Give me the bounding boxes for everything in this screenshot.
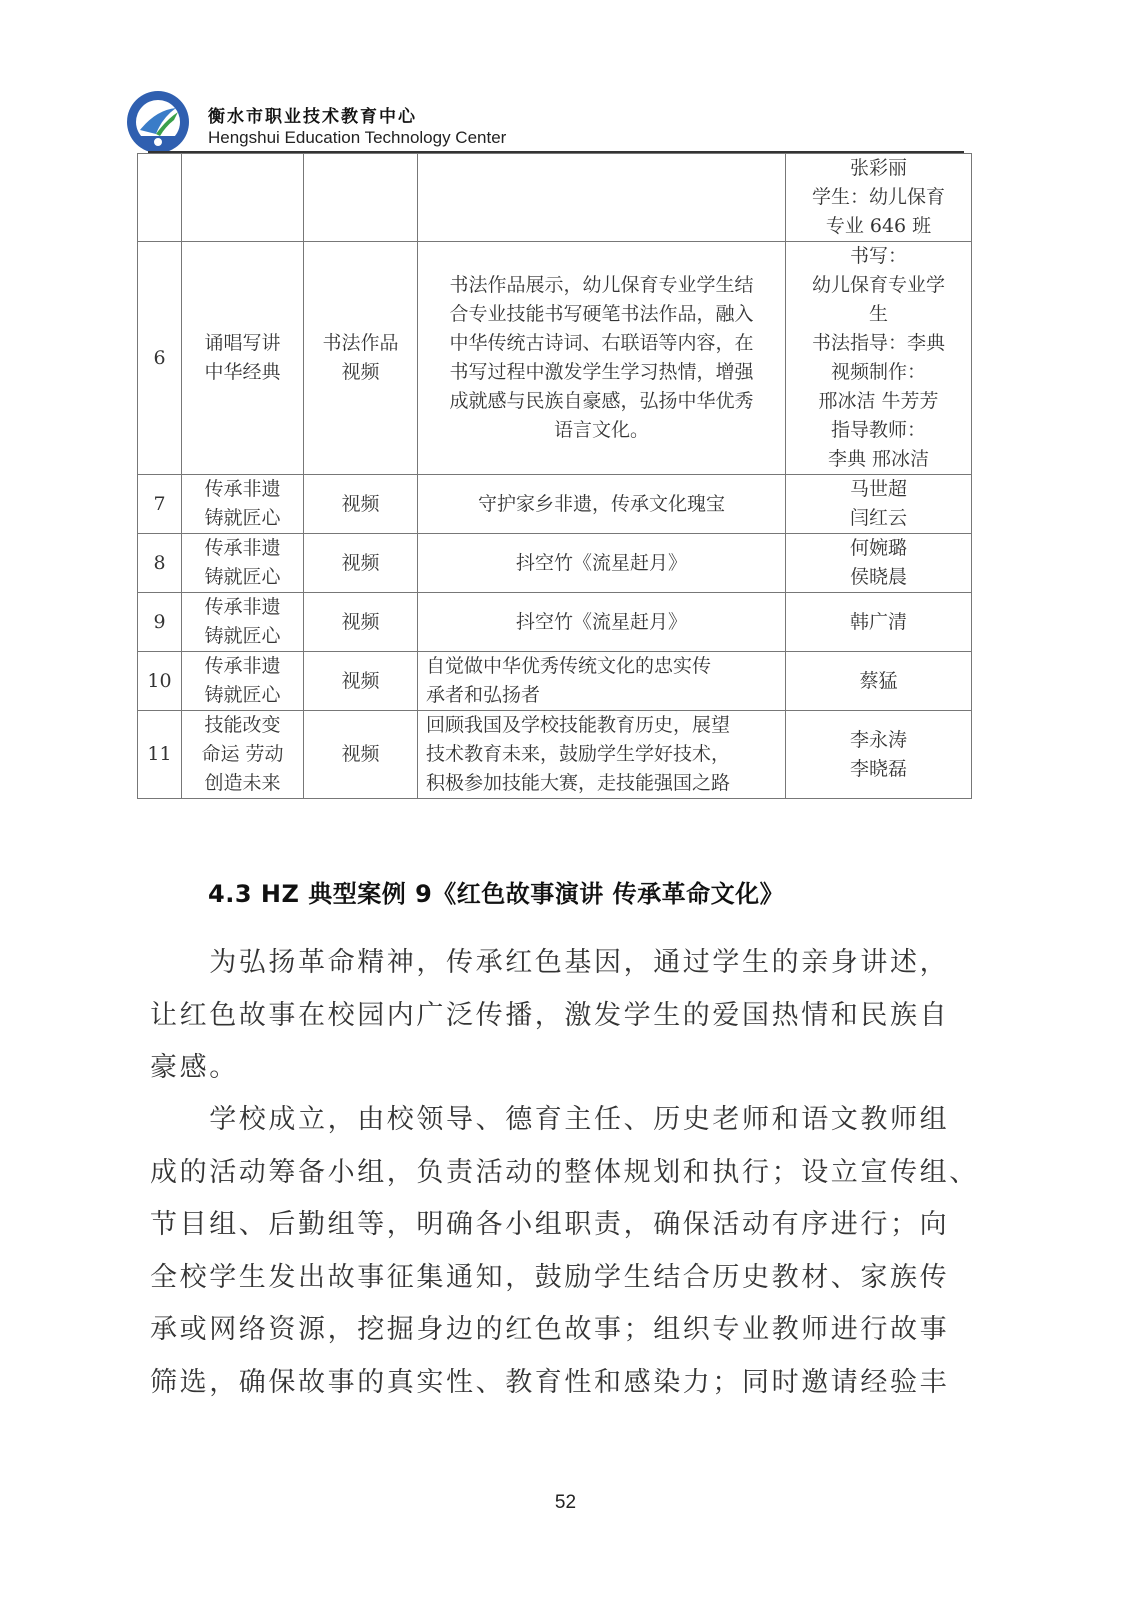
section-heading: 4.3 HZ 典型案例 9《红色故事演讲 传承革命文化》 (208, 874, 784, 909)
cell-type: 视频 (304, 534, 418, 593)
cell-type: 视频 (304, 475, 418, 534)
cell-people: 韩广清 (786, 593, 972, 652)
cell-content (418, 154, 786, 242)
page-header: 衡水市职业技术教育中心 Hengshui Education Technolog… (124, 88, 974, 154)
table-row: 张彩丽 学生：幼儿保育 专业 646 班 (138, 154, 972, 242)
cell-people: 马世超 闫红云 (786, 475, 972, 534)
cell-theme: 传承非遗 铸就匠心 (182, 534, 304, 593)
table-row: 6 诵唱写讲 中华经典 书法作品 视频 书法作品展示，幼儿保育专业学生结 合专业… (138, 242, 972, 475)
cell-people: 李永涛 李晓磊 (786, 711, 972, 799)
cell-no: 7 (138, 475, 182, 534)
cell-people: 蔡猛 (786, 652, 972, 711)
table-row: 11 技能改变 命运 劳动 创造未来 视频 回顾我国及学校技能教育历史，展望 技… (138, 711, 972, 799)
cell-no: 9 (138, 593, 182, 652)
cell-content: 自觉做中华优秀传统文化的忠实传 承者和弘扬者 (418, 652, 786, 711)
cell-people: 书写： 幼儿保育专业学 生 书法指导：李典 视频制作： 邢冰洁 牛芳芳 指导教师… (786, 242, 972, 475)
cell-people: 张彩丽 学生：幼儿保育 专业 646 班 (786, 154, 972, 242)
table-row: 10 传承非遗 铸就匠心 视频 自觉做中华优秀传统文化的忠实传 承者和弘扬者 蔡… (138, 652, 972, 711)
page-number: 52 (0, 1492, 1131, 1514)
cell-type: 视频 (304, 593, 418, 652)
cell-type: 视频 (304, 652, 418, 711)
school-name-en: Hengshui Education Technology Center (208, 128, 506, 148)
cell-content: 书法作品展示，幼儿保育专业学生结 合专业技能书写硬笔书法作品，融入 中华传统古诗… (418, 242, 786, 475)
cell-theme: 传承非遗 铸就匠心 (182, 652, 304, 711)
cell-content: 抖空竹《流星赶月》 (418, 534, 786, 593)
cell-theme (182, 154, 304, 242)
cell-content: 抖空竹《流星赶月》 (418, 593, 786, 652)
cell-no (138, 154, 182, 242)
cell-theme: 传承非遗 铸就匠心 (182, 593, 304, 652)
table-row: 9 传承非遗 铸就匠心 视频 抖空竹《流星赶月》 韩广清 (138, 593, 972, 652)
cell-no: 6 (138, 242, 182, 475)
cell-no: 11 (138, 711, 182, 799)
table-row: 8 传承非遗 铸就匠心 视频 抖空竹《流星赶月》 何婉璐 侯晓晨 (138, 534, 972, 593)
cell-no: 10 (138, 652, 182, 711)
cell-type: 书法作品 视频 (304, 242, 418, 475)
cell-theme: 传承非遗 铸就匠心 (182, 475, 304, 534)
table-row: 7 传承非遗 铸就匠心 视频 守护家乡非遗，传承文化瑰宝 马世超 闫红云 (138, 475, 972, 534)
cell-content: 守护家乡非遗，传承文化瑰宝 (418, 475, 786, 534)
school-logo-icon (126, 90, 190, 154)
body-paragraph: 为弘扬革命精神，传承红色基因，通过学生的亲身讲述， 让红色故事在校园内广泛传播，… (150, 937, 962, 1095)
cell-people: 何婉璐 侯晓晨 (786, 534, 972, 593)
activities-table: 张彩丽 学生：幼儿保育 专业 646 班 6 诵唱写讲 中华经典 书法作品 视频… (137, 153, 972, 799)
cell-type (304, 154, 418, 242)
cell-content: 回顾我国及学校技能教育历史，展望 技术教育未来，鼓励学生学好技术， 积极参加技能… (418, 711, 786, 799)
cell-no: 8 (138, 534, 182, 593)
cell-theme: 诵唱写讲 中华经典 (182, 242, 304, 475)
cell-theme: 技能改变 命运 劳动 创造未来 (182, 711, 304, 799)
body-paragraph: 学校成立，由校领导、德育主任、历史老师和语文教师组 成的活动筹备小组，负责活动的… (150, 1094, 962, 1409)
school-name-cn: 衡水市职业技术教育中心 (208, 102, 417, 127)
cell-type: 视频 (304, 711, 418, 799)
